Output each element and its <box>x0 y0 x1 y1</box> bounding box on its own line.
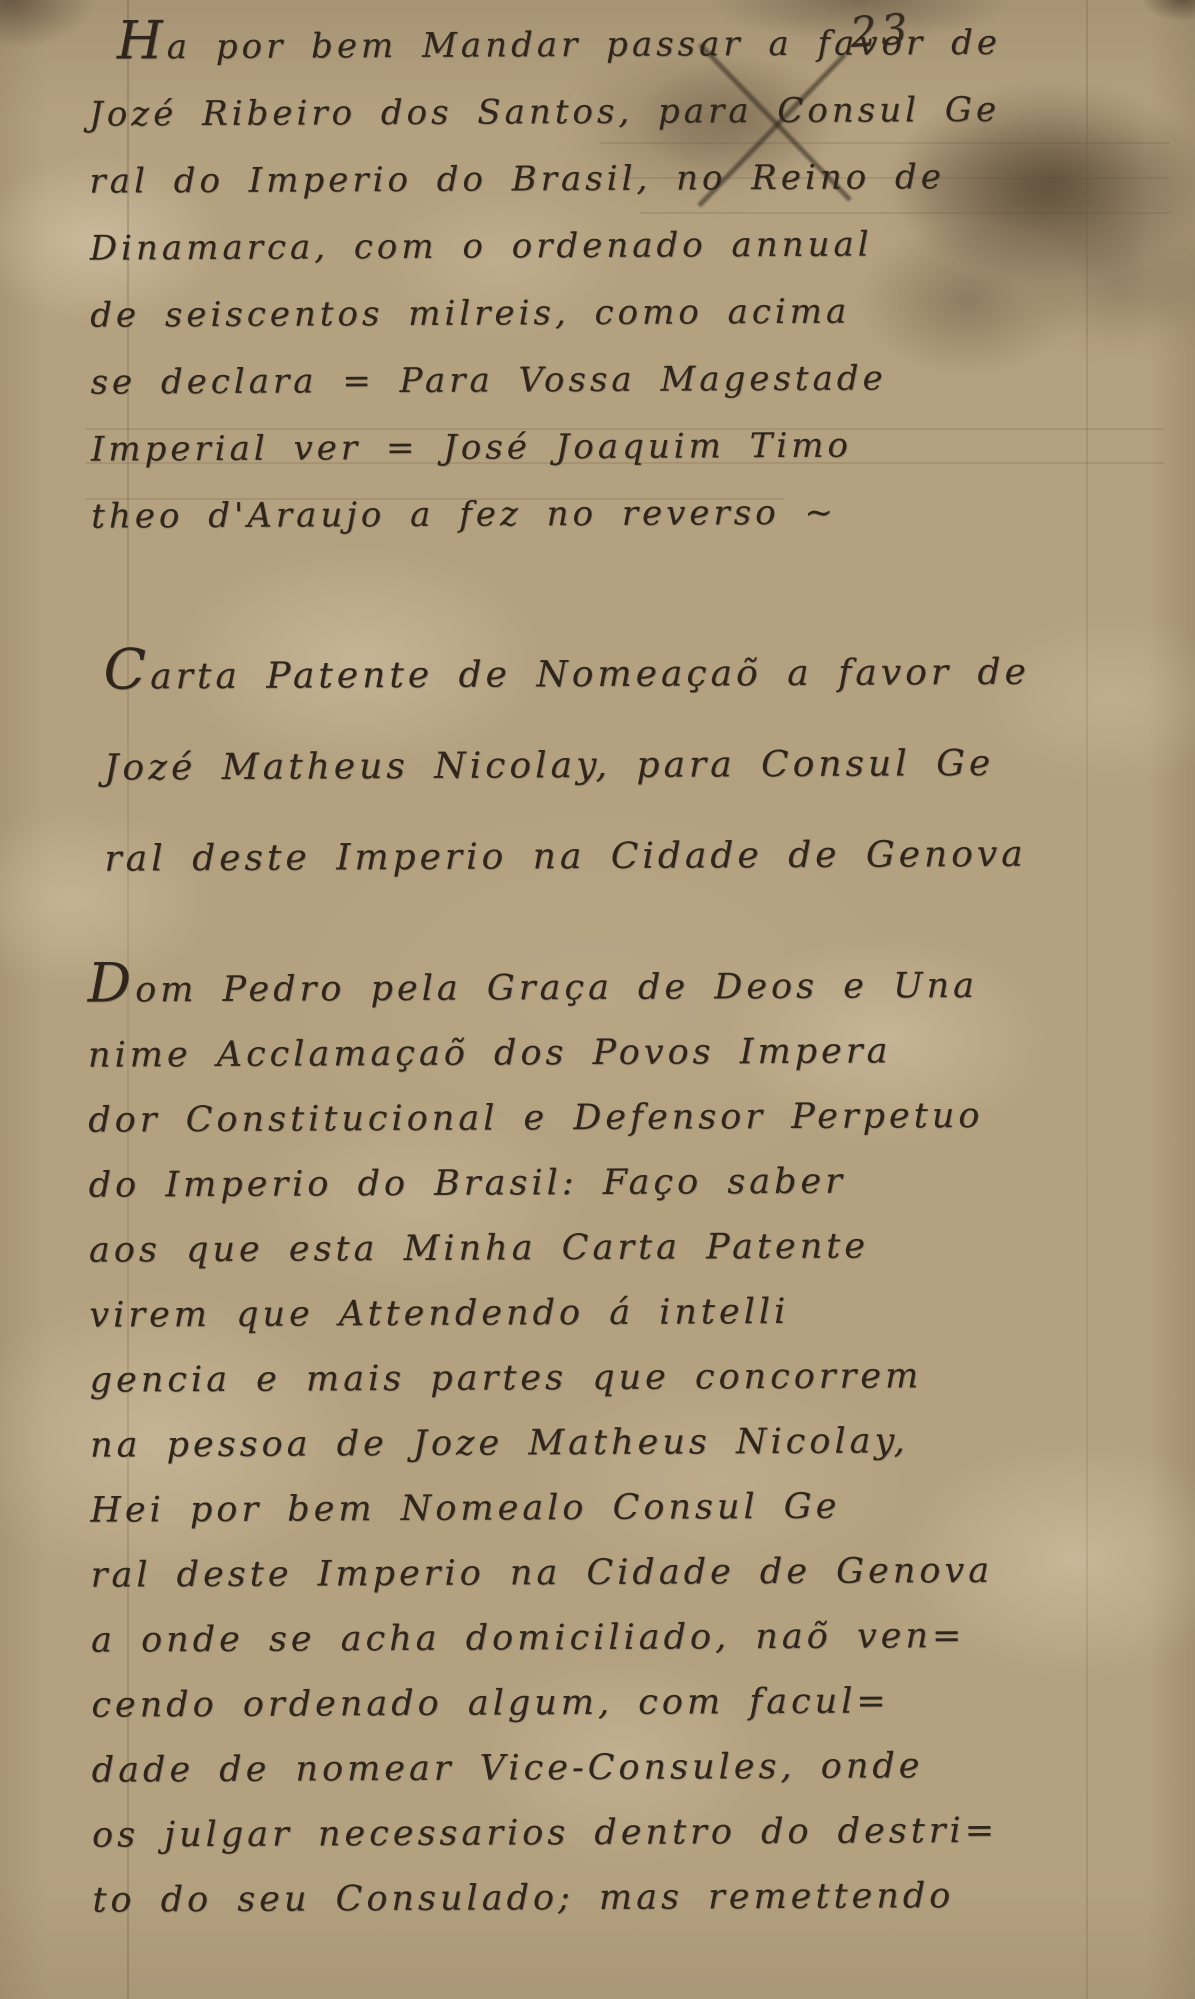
manuscript-line: ral do Imperio do Brasil, no Reino de <box>89 143 1094 215</box>
carta-patente-body-paragraph: Dom Pedro pela Graça de Deos e Una nime … <box>87 945 1097 1933</box>
manuscript-line: os julgar necessarios dentro do destri= <box>92 1798 1097 1868</box>
manuscript-line: Hei por bem Nomealo Consul Ge <box>90 1473 1095 1543</box>
manuscript-line: ral deste Imperio na Cidade de Genova <box>104 808 1109 904</box>
manuscript-line: Imperial ver = José Joaquim Timo <box>91 411 1096 483</box>
manuscript-line: aos que esta Minha Carta Patente <box>89 1213 1094 1283</box>
manuscript-line: do Imperio do Brasil: Faço saber <box>88 1148 1093 1218</box>
manuscript-line: dade de nomear Vice-Consules, onde <box>92 1733 1097 1803</box>
entry-title-paragraph: Carta Patente de Nomeaçaõ a favor de Joz… <box>103 619 1109 904</box>
manuscript-line: to do seu Consulado; mas remettendo <box>92 1863 1097 1933</box>
manuscript-line: dor Constitucional e Defensor Perpetuo <box>88 1083 1093 1153</box>
manuscript-line: nime Acclamaçaõ dos Povos Impera <box>88 1018 1093 1088</box>
manuscript-line: Dinamarca, com o ordenado annual <box>90 210 1095 282</box>
manuscript-line: Ha por bem Mandar passar a favor de <box>89 2 1094 81</box>
entry-continuation-paragraph: Ha por bem Mandar passar a favor de Jozé… <box>89 2 1097 550</box>
manuscript-page: 23 Ha por bem Mandar passar a favor de J… <box>0 0 1195 1999</box>
manuscript-line: virem que Attendendo á intelli <box>89 1278 1094 1348</box>
manuscript-line: ral deste Imperio na Cidade de Genova <box>91 1538 1096 1608</box>
manuscript-line: Jozé Matheus Nicolay, para Consul Ge <box>104 717 1109 813</box>
manuscript-line: na pessoa de Joze Matheus Nicolay, <box>90 1408 1095 1478</box>
manuscript-line: a onde se acha domiciliado, naõ ven= <box>91 1603 1096 1673</box>
manuscript-line: gencia e mais partes que concorrem <box>90 1343 1095 1413</box>
manuscript-line: cendo ordenado algum, com facul= <box>91 1668 1096 1738</box>
manuscript-line: Jozé Ribeiro dos Santos, para Consul Ge <box>89 76 1094 148</box>
manuscript-line: se declara = Para Vossa Magestade <box>90 344 1095 416</box>
manuscript-line: de seiscentos milreis, como acima <box>90 277 1095 349</box>
manuscript-line: theo d'Araujo a fez no reverso ~ <box>91 478 1096 550</box>
manuscript-line: Dom Pedro pela Graça de Deos e Una <box>87 945 1092 1023</box>
manuscript-line: Carta Patente de Nomeaçaõ a favor de <box>103 619 1108 722</box>
